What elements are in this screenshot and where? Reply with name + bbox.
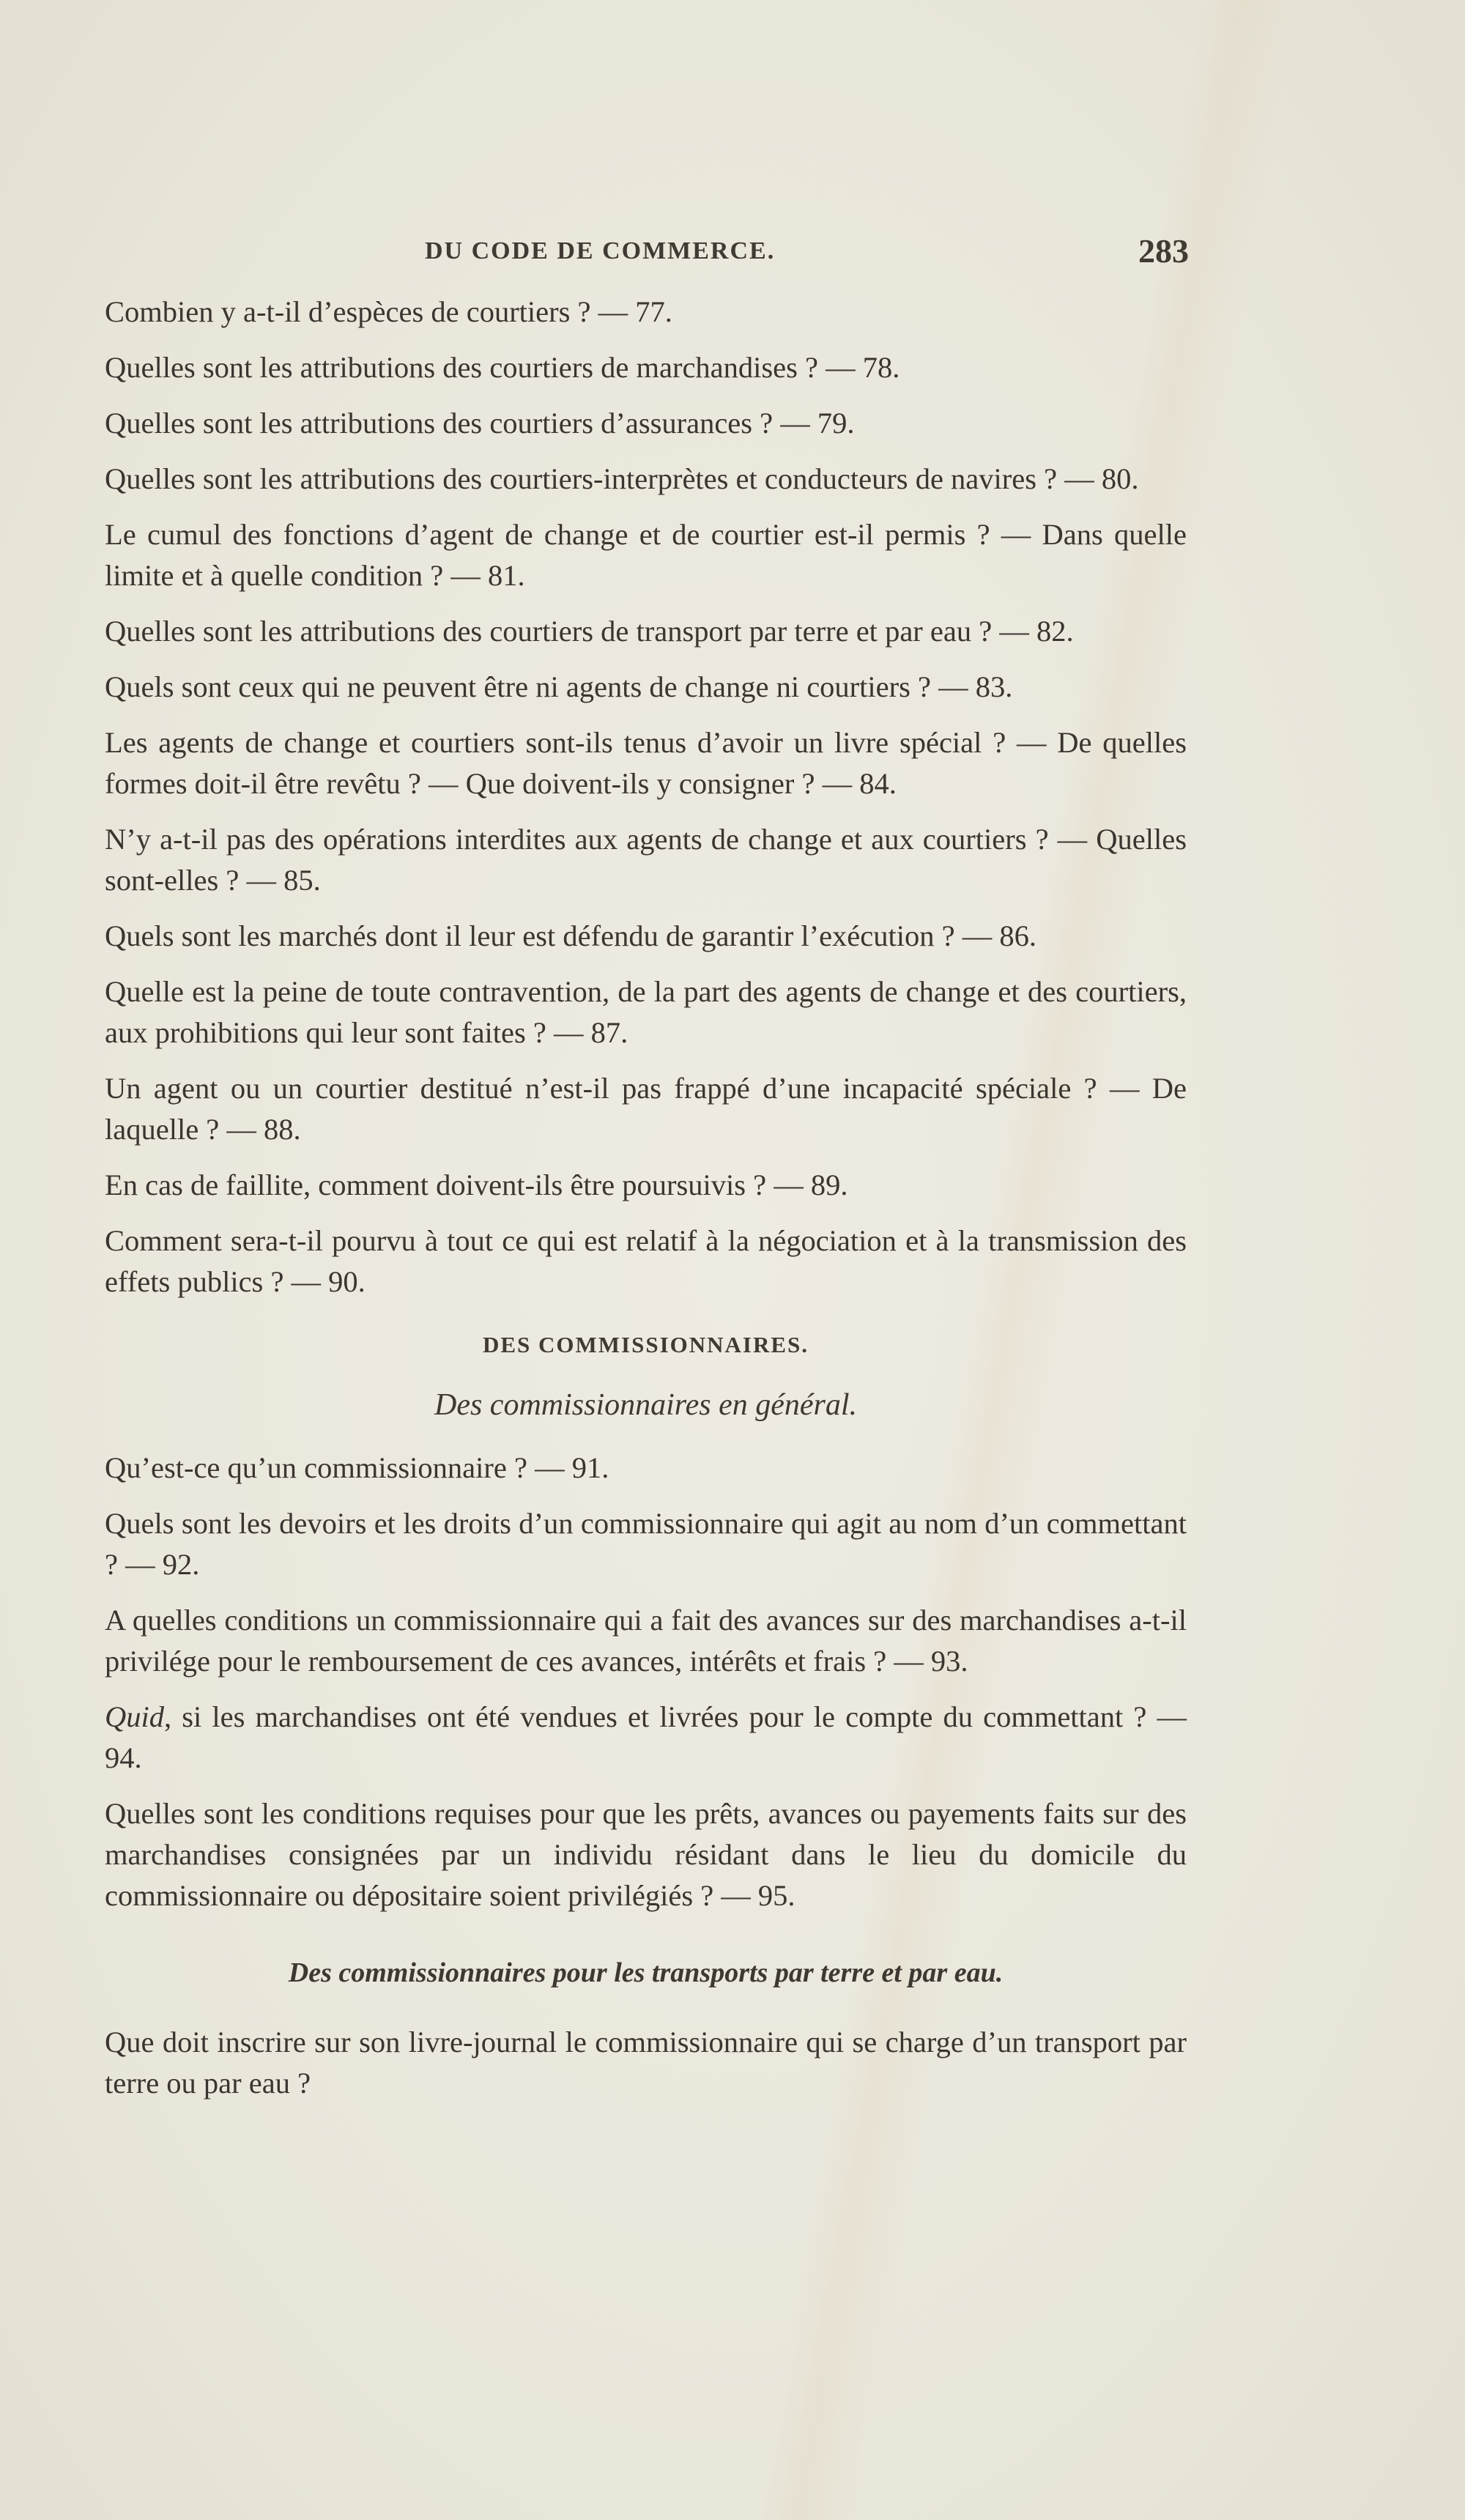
question-77: Combien y a-t-il d’espèces de courtiers … bbox=[105, 292, 1187, 333]
question-88: Un agent ou un courtier destitué n’est-i… bbox=[105, 1068, 1187, 1150]
text-block: Combien y a-t-il d’espèces de courtiers … bbox=[105, 292, 1187, 2119]
subsection-title-transports: Des commissionnaires pour les transports… bbox=[105, 1952, 1187, 1994]
running-head-title: DU CODE DE COMMERCE. bbox=[425, 237, 775, 265]
question-91: Qu’est-ce qu’un commissionnaire ? — 91. bbox=[105, 1448, 1187, 1489]
question-79: Quelles sont les attributions des courti… bbox=[105, 403, 1187, 444]
question-81: Le cumul des fonctions d’agent de change… bbox=[105, 514, 1187, 596]
question-90: Comment sera-t-il pourvu à tout ce qui e… bbox=[105, 1220, 1187, 1302]
question-93: A quelles conditions un commissionnaire … bbox=[105, 1600, 1187, 1682]
question-95: Quelles sont les conditions requises pou… bbox=[105, 1793, 1187, 1916]
question-80: Quelles sont les attributions des courti… bbox=[105, 459, 1187, 500]
question-94-text: , si les marchandises ont été vendues et… bbox=[105, 1700, 1187, 1774]
running-head: DU CODE DE COMMERCE. 283 bbox=[105, 233, 1189, 270]
question-78: Quelles sont les attributions des courti… bbox=[105, 347, 1187, 388]
question-94: Quid, si les marchandises ont été vendue… bbox=[105, 1697, 1187, 1779]
question-89: En cas de faillite, comment doivent-ils … bbox=[105, 1165, 1187, 1206]
section-title: DES COMMISSIONNAIRES. bbox=[105, 1332, 1187, 1358]
question-85: N’y a-t-il pas des opérations interdites… bbox=[105, 819, 1187, 901]
question-87: Quelle est la peine de toute contraventi… bbox=[105, 971, 1187, 1053]
subsection-title-general: Des commissionnaires en général. bbox=[105, 1385, 1187, 1426]
question-84: Les agents de change et courtiers sont-i… bbox=[105, 722, 1187, 804]
question-82: Quelles sont les attributions des courti… bbox=[105, 611, 1187, 652]
question-transport: Que doit inscrire sur son livre-journal … bbox=[105, 2022, 1187, 2104]
question-83: Quels sont ceux qui ne peuvent être ni a… bbox=[105, 667, 1187, 708]
book-page: DU CODE DE COMMERCE. 283 Combien y a-t-i… bbox=[0, 0, 1465, 2520]
quid-italic-lead: Quid bbox=[105, 1700, 164, 1733]
question-86: Quels sont les marchés dont il leur est … bbox=[105, 916, 1187, 957]
page-number: 283 bbox=[1138, 231, 1189, 270]
question-92: Quels sont les devoirs et les droits d’u… bbox=[105, 1503, 1187, 1585]
